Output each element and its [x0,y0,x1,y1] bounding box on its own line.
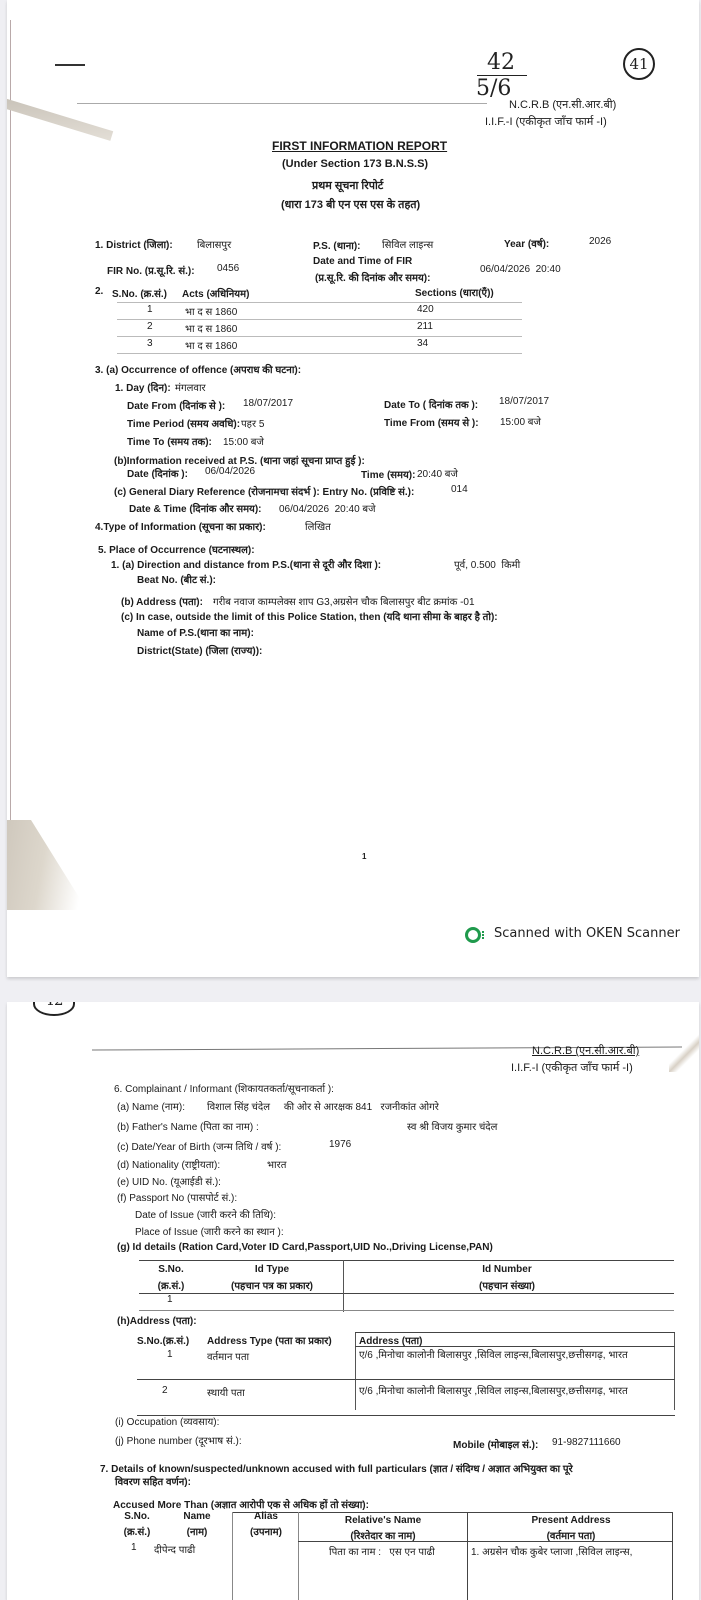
id-row-sno: 1 [167,1294,173,1305]
gd-datetime-label: Date & Time (दिनांक और समय): [129,501,262,515]
id-header-type: Id Type [212,1264,332,1275]
handwritten-fraction-top: 42 [487,50,515,75]
acts-row-act: भा द स 1860 [185,321,237,335]
report-subtitle: (Under Section 173 B.N.S.S) [282,158,428,170]
address-header-type: Address Type (पता का प्रकार) [207,1333,332,1347]
fir-datetime-label-hindi: (प्र.सू.रि. की दिनांक और समय): [315,270,430,284]
id-header-type-hindi: (पहचान पत्र का प्रकार) [212,1278,332,1292]
date-from-label: Date From (दिनांक से ): [127,398,225,412]
direction-value: पूर्व, 0.500 किमी [454,557,520,571]
year-label: Year (वर्ष): [504,236,549,250]
circled-page-number: 42 [33,1002,75,1016]
date-to-value: 18/07/2017 [499,396,549,407]
table-border [232,1512,233,1600]
info-time-value: 20:40 बजे [417,466,458,480]
ps-label: P.S. (थाना): [313,238,361,252]
section2-number: 2. [95,286,103,297]
accused-row-relative: पिता का नाम : एस एन पाढी [329,1544,435,1558]
acts-row-sno: 3 [147,338,153,349]
section3-heading: 3. (a) Occurrence of offence (अपराध की घ… [95,362,301,376]
table-divider [117,336,522,337]
accused-header-1: Name [167,1511,227,1522]
id-header-number-hindi: (पहचान संख्या) [407,1278,607,1292]
mobile-label: Mobile (मोबाइल सं.): [453,1437,538,1451]
fir-no-value: 0456 [217,263,239,274]
occurrence-address-value: गरीब नवाज काम्पलेक्स शाप G3,अग्रसेन चौक … [213,594,475,608]
time-to-label: Time To (समय तक): [127,434,212,448]
complainant-name-label: (a) Name (नाम): [117,1099,185,1113]
fir-datetime-label: Date and Time of FIR [313,256,412,267]
place-heading: 5. Place of Occurrence (घटनास्थल): [98,542,255,556]
document-page-2: 42 N.C.R.B (एन.सी.आर.बी) I.I.F.-I (एकीकृ… [7,1002,699,1600]
report-title-hindi: प्रथम सूचना रिपोर्ट [312,178,383,193]
acts-row-sno: 1 [147,304,153,315]
accused-header-2: Alias [235,1511,297,1522]
accused-header-3: Relative's Name [302,1515,464,1526]
info-date-value: 06/04/2026 [205,466,255,477]
id-header-sno: S.No. [151,1264,191,1275]
address-row-type: वर्तमान पता [207,1349,249,1363]
document-page-1: 42 5/6 41 N.C.R.B (एन.सी.आर.बी) I.I.F.-I… [7,0,699,977]
pen-mark [55,64,85,66]
acts-row-section: 34 [417,338,428,349]
table-border [467,1512,468,1600]
address-row-value: ए/6 ,मिनोचा कालोनी बिलासपुर ,सिविल लाइन्… [359,1385,669,1399]
time-from-label: Time From (समय से ): [384,415,479,429]
complainant-name-value: विशाल सिंह चंदेल की ओर से आरक्षक 841 रजन… [207,1099,439,1113]
report-subtitle-hindi: (धारा 173 बी एन एस एस के तहत) [281,197,420,212]
gd-reference-label: (c) General Diary Reference (रोजनामचा सं… [114,484,414,498]
acts-row-act: भा द स 1860 [185,338,237,352]
time-to-value: 15:00 बजे [223,434,264,448]
time-period-value: पहर 5 [241,416,264,430]
father-name-label: (b) Father's Name (पिता का नाम) : [117,1119,259,1133]
day-value: मंगलवार [175,380,206,394]
table-border [355,1332,356,1410]
dob-value: 1976 [329,1139,351,1150]
date-of-issue-label: Date of Issue (जारी करने की तिथि): [135,1207,276,1221]
fir-datetime-value: 06/04/2026 20:40 [480,264,561,275]
paper-shadow-bottom [7,820,87,910]
table-border [355,1332,675,1333]
year-value: 2026 [589,236,611,247]
accused-header-hindi-1: (नाम) [167,1524,227,1538]
fold-line [77,103,487,104]
father-name-value: स्व श्री विजय कुमार चंदेल [407,1119,497,1133]
table-border [298,1512,299,1600]
time-from-value: 15:00 बजे [500,414,541,428]
acts-row-sno: 2 [147,321,153,332]
accused-row-name: दीपेन्द पाढी [154,1542,195,1556]
dob-label: (c) Date/Year of Birth (जन्म तिथि / वर्ष… [117,1139,281,1153]
complainant-heading: 6. Complainant / Informant (शिकायतकर्ता/… [114,1081,334,1095]
outside-district-label: District(State) (जिला (राज्य)): [137,643,262,657]
info-type-value: लिखित [305,519,331,533]
table-border [139,1260,674,1261]
paper-shadow [669,1032,699,1072]
accused-heading: 7. Details of known/suspected/unknown ac… [100,1461,573,1475]
address-label: (h)Address (पता): [117,1313,197,1327]
iif-label: I.I.F.-I (एकीकृत जाँच फार्म -I) [511,1060,633,1075]
address-row-type: स्थायी पता [207,1385,245,1399]
table-border [674,1332,675,1410]
table-divider [117,353,522,354]
table-divider [117,319,522,320]
address-header-address: Address (पता) [359,1333,422,1347]
phone-label: (j) Phone number (दूरभाष सं.): [115,1433,242,1447]
scanner-watermark: Scanned with OKEN Scanner [494,926,680,941]
outside-limit-label: (c) In case, outside the limit of this P… [121,609,498,623]
date-to-label: Date To ( दिनांक तक ): [384,397,478,411]
report-title: FIRST INFORMATION REPORT [272,139,447,153]
page-number: 1 [362,852,366,861]
address-header-sno: S.No.(क्र.सं.) [137,1333,189,1347]
paper-edge [10,20,11,910]
info-received-label: (b)Information received at P.S. (थाना जह… [114,453,365,467]
address-row-sno: 2 [162,1385,168,1396]
ncrb-label: N.C.R.B (एन.सी.आर.बी) [509,97,616,112]
outside-ps-name-label: Name of P.S.(थाना का नाम): [137,625,254,639]
acts-row-section: 211 [417,321,433,332]
place-of-issue-label: Place of Issue (जारी करने का स्थान ): [135,1224,284,1238]
accused-header-hindi-3: (रिश्तेदार का नाम) [302,1528,464,1542]
accused-header-hindi-0: (क्र.सं.) [112,1524,162,1538]
mobile-value: 91-9827111660 [552,1437,621,1448]
accused-header-0: S.No. [112,1511,162,1522]
accused-header-4: Present Address [472,1515,670,1526]
acts-header-sections: Sections (धारा(एँ)) [415,285,494,299]
passport-label: (f) Passport No (पासपोर्ट सं.): [117,1190,237,1204]
date-from-value: 18/07/2017 [243,398,293,409]
id-header-number: Id Number [407,1264,607,1275]
address-row-sno: 1 [167,1349,173,1360]
id-header-sno-hindi: (क्र.सं.) [151,1278,191,1292]
day-label: 1. Day (दिन): [115,380,171,394]
ps-value: सिविल लाइन्स [382,237,433,251]
time-period-label: Time Period (समय अवधि): [127,416,240,430]
table-border [343,1260,344,1312]
fir-no-label: FIR No. (प्र.सू.रि. सं.): [107,263,195,277]
occurrence-address-label: (b) Address (पता): [121,594,203,608]
beat-no-label: Beat No. (बीट सं.): [137,572,216,586]
gd-entry-value: 014 [451,484,468,495]
info-type-label: 4.Type of Information (सूचना का प्रकार): [95,519,266,533]
id-details-label: (g) Id details (Ration Card,Voter ID Car… [117,1242,493,1253]
direction-label: 1. (a) Direction and distance from P.S.(… [111,557,381,571]
accused-heading-cont: विवरण सहित वर्णन): [115,1474,191,1488]
acts-header-act: Acts (अधिनियम) [182,286,249,300]
handwritten-fraction-bottom: 5/6 [476,76,511,101]
acts-row-act: भा द स 1860 [185,304,237,318]
table-border [139,1310,674,1311]
info-time-label: Time (समय): [361,467,415,481]
acts-header-sno: S.No. (क्र.सं.) [112,286,167,300]
gd-datetime-value: 06/04/2026 20:40 बजे [279,501,376,515]
table-border [137,1379,675,1380]
occupation-label: (i) Occupation (व्यवसाय): [115,1414,219,1428]
info-date-label: Date (दिनांक ): [127,466,188,480]
district-value: बिलासपुर [197,237,231,251]
nationality-label: (d) Nationality (राष्ट्रीयता): [117,1157,220,1171]
address-row-value: ए/6 ,मिनोचा कालोनी बिलासपुर ,सिविल लाइन्… [359,1349,669,1363]
table-border [355,1346,675,1347]
accused-row-sno: 1 [131,1542,137,1553]
accused-more-than-label: Accused More Than (अज्ञात आरोपी एक से अध… [113,1497,369,1511]
iif-label: I.I.F.-I (एकीकृत जाँच फार्म -I) [485,114,607,129]
table-divider [117,302,522,303]
district-label: 1. District (जिला): [95,237,173,251]
uid-label: (e) UID No. (यूआईडी सं.): [117,1174,221,1188]
table-border [139,1293,674,1294]
accused-header-hindi-2: (उपनाम) [235,1524,297,1538]
table-border [672,1512,673,1600]
accused-row-address: 1. अग्रसेन चौक कुबेर प्लाजा ,सिविल लाइन्… [471,1544,632,1558]
circled-page-number: 41 [623,48,655,80]
ncrb-label: N.C.R.B (एन.सी.आर.बी) [532,1043,639,1058]
acts-row-section: 420 [417,304,434,315]
nationality-value: भारत [267,1157,286,1171]
accused-header-hindi-4: (वर्तमान पता) [472,1528,670,1542]
oken-scanner-logo-icon [465,927,481,943]
